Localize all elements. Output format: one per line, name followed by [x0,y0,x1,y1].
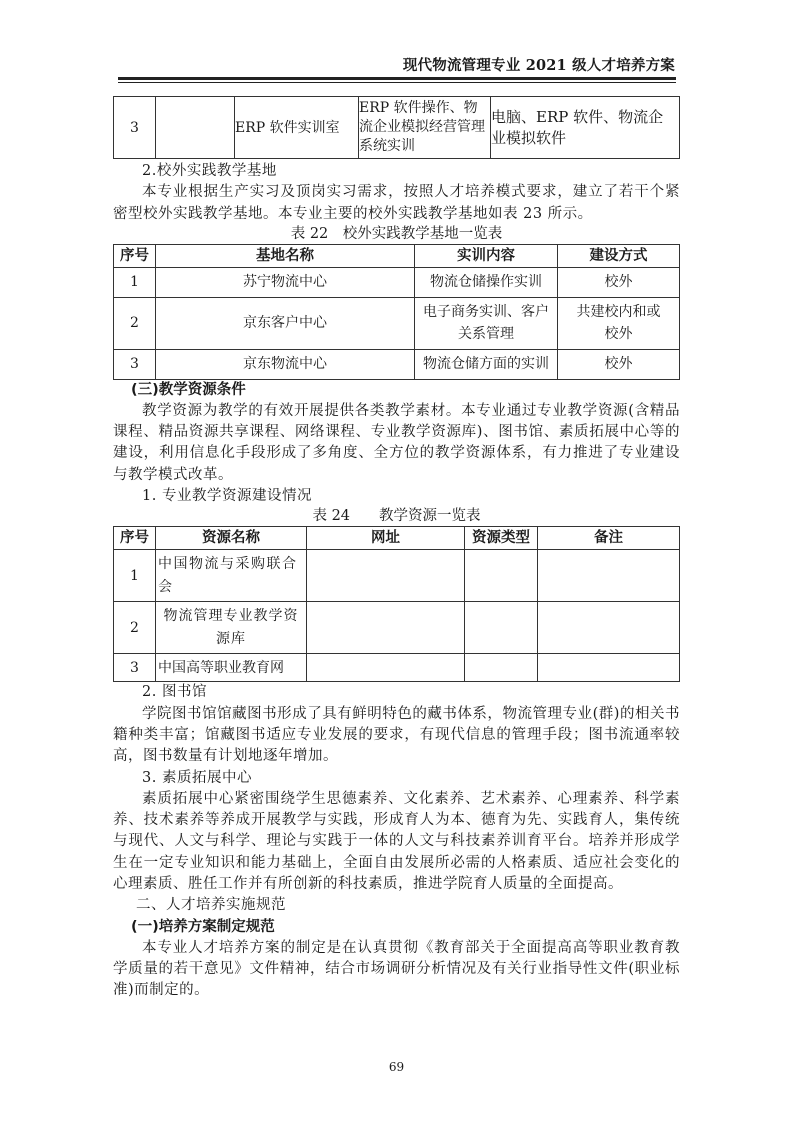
header-rule-thick [118,77,676,80]
cell-empty [156,97,235,159]
header-resource-name: 资源名称 [156,527,307,550]
cell-url [307,550,465,602]
table-header-row: 序号 资源名称 网址 资源类型 备注 [114,527,680,550]
header-no: 序号 [114,244,156,267]
cell-mode: 校外 [558,349,680,379]
cell-content: ERP 软件操作、物流企业模拟经营管理系统实训 [359,97,491,159]
paragraph-offcampus: 本专业根据生产实习及顶岗实习需求，按照人才培养模式要求，建立了若干个紧密型校外实… [113,182,680,225]
cell-equipment: 电脑、ERP 软件、物流企业模拟软件 [491,97,680,159]
table-row: 3 京东物流中心 物流仓储方面的实训 校外 [114,349,680,379]
cell-note [538,602,680,654]
cell-content: 电子商务实训、客户关系管理 [415,297,558,349]
cell-name: 苏宁物流中心 [156,267,415,297]
section-heading-quality-center: 3. 素质拓展中心 [113,768,680,789]
header-content: 实训内容 [415,244,558,267]
training-room-table-continued: 3 ERP 软件实训室 ERP 软件操作、物流企业模拟经营管理系统实训 电脑、E… [113,96,680,159]
table-header-row: 序号 基地名称 实训内容 建设方式 [114,244,680,267]
table-row: 2 物流管理专业教学资源库 [114,602,680,654]
table22-caption: 表 22 校外实践教学基地一览表 [113,225,680,244]
section-heading-library: 2. 图书馆 [113,682,680,703]
header-note: 备注 [538,527,680,550]
cell-type [465,550,538,602]
table-row: 3 中国高等职业教育网 [114,654,680,682]
cell-name: 京东物流中心 [156,349,415,379]
header-url: 网址 [307,527,465,550]
header-mode: 建设方式 [558,244,680,267]
paragraph-library: 学院图书馆馆藏图书形成了具有鲜明特色的藏书体系，物流管理专业(群)的相关书籍种类… [113,704,680,768]
subheading-resource-construction: 1. 专业教学资源建设情况 [113,486,680,507]
section-heading-resources: (三)教学资源条件 [113,380,680,401]
page-content: 3 ERP 软件实训室 ERP 软件操作、物流企业模拟经营管理系统实训 电脑、E… [113,96,680,1002]
cell-name: 中国物流与采购联合会 [156,550,307,602]
cell-no: 2 [114,297,156,349]
cell-type [465,654,538,682]
table22-offcampus-bases: 序号 基地名称 实训内容 建设方式 1 苏宁物流中心 物流仓储操作实训 校外 2… [113,244,680,380]
section-heading-offcampus: 2.校外实践教学基地 [113,161,680,182]
table24-teaching-resources: 序号 资源名称 网址 资源类型 备注 1 中国物流与采购联合会 2 物流管理专业… [113,526,680,682]
table-row: 1 中国物流与采购联合会 [114,550,680,602]
cell-no: 2 [114,602,156,654]
cell-mode: 校外 [558,267,680,297]
cell-note [538,550,680,602]
section-heading-implementation: 二、人才培养实施规范 [113,895,680,916]
table24-caption: 表 24 教学资源一览表 [113,507,680,526]
cell-type [465,602,538,654]
paragraph-quality-center: 素质拓展中心紧密围绕学生思德素养、文化素养、艺术素养、心理素养、科学素养、技术素… [113,789,680,895]
cell-name: 京东客户中心 [156,297,415,349]
paragraph-resources: 教学资源为教学的有效开展提供各类教学素材。本专业通过专业教学资源(含精品课程、精… [113,401,680,486]
header-resource-type: 资源类型 [465,527,538,550]
document-header-title: 现代物流管理专业 2021 级人才培养方案 [0,54,675,75]
cell-name: 物流管理专业教学资源库 [156,602,307,654]
cell-content: 物流仓储操作实训 [415,267,558,297]
paragraph-plan-norms: 本专业人才培养方案的制定是在认真贯彻《教育部关于全面提高高等职业教育教学质量的若… [113,938,680,1002]
cell-no: 3 [114,349,156,379]
cell-url [307,654,465,682]
cell-room: ERP 软件实训室 [235,97,359,159]
cell-content: 物流仓储方面的实训 [415,349,558,379]
cell-url [307,602,465,654]
cell-mode: 共建校内和或校外 [558,297,680,349]
cell-no: 3 [114,654,156,682]
cell-no: 1 [114,267,156,297]
table-row: 1 苏宁物流中心 物流仓储操作实训 校外 [114,267,680,297]
cell-no: 1 [114,550,156,602]
table-row: 2 京东客户中心 电子商务实训、客户关系管理 共建校内和或校外 [114,297,680,349]
table-row: 3 ERP 软件实训室 ERP 软件操作、物流企业模拟经营管理系统实训 电脑、E… [114,97,680,159]
cell-name: 中国高等职业教育网 [156,654,307,682]
cell-note [538,654,680,682]
subheading-plan-norms: (一)培养方案制定规范 [113,917,680,938]
header-rule-thin [118,82,676,83]
header-base-name: 基地名称 [156,244,415,267]
header-no: 序号 [114,527,156,550]
page-number: 69 [0,1060,793,1074]
cell-no: 3 [114,97,156,159]
